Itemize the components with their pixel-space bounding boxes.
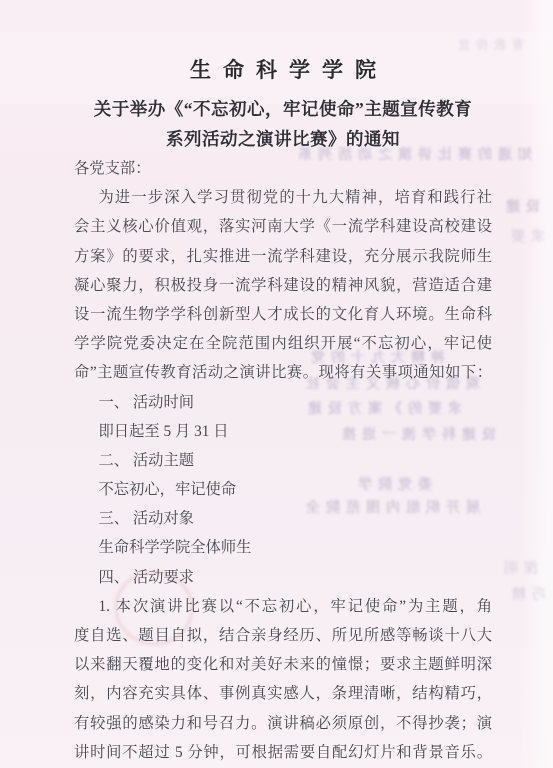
scanned-notice-page: 育教传宣 知通的赛比讲演之动活列系 设建 求要 神精大九十的党 观值价心核义主会… bbox=[0, 0, 553, 768]
bleedthrough-text: 求要 bbox=[505, 226, 545, 246]
body-line: 刻，内容充实具体、事例真实感人，条理清晰，结构精巧， bbox=[74, 679, 492, 708]
body-line: 度自选、题目自拟，结合亲身经历、所见所感等畅谈十八大 bbox=[74, 621, 492, 650]
section-heading: 二、 活动主题 bbox=[74, 446, 492, 475]
section-heading: 四、 活动要求 bbox=[74, 563, 492, 592]
body-line: 学学院党委决定在全院范围内组织开展“不忘初心，牢记使 bbox=[74, 329, 492, 358]
body-line: 命”主题宣传教育活动之演讲比赛。现将有关事项通知如下： bbox=[74, 358, 492, 387]
body-line: 有较强的感染力和号召力。演讲稿必须原创，不得抄袭；演 bbox=[74, 709, 492, 738]
body-line: 即日起至 5 月 31 日 bbox=[74, 417, 492, 446]
document-title: 生命科学学院 bbox=[74, 55, 492, 85]
bleedthrough-text: 设建 bbox=[500, 196, 540, 216]
body-line: 设一流生物学学科创新型人才成长的文化育人环境。生命科 bbox=[74, 300, 492, 329]
document-subtitle-line-1: 关于举办《“不忘初心，牢记使命”主题宣传教育 bbox=[74, 94, 492, 124]
body-line: 方案》的要求，扎实推进一流学科建设，充分展示我院师生 bbox=[74, 242, 492, 271]
bleedthrough-text: 深明 bbox=[498, 558, 538, 578]
bleedthrough-text: 巧精 bbox=[506, 584, 546, 604]
body-line: 生命科学学院全体师生 bbox=[74, 533, 492, 562]
document-subtitle-line-2: 系列活动之演讲比赛》的通知 bbox=[74, 124, 492, 154]
body-line: 为进一步深入学习贯彻党的十九大精神，培育和践行社 bbox=[74, 183, 492, 212]
document-subtitle: 关于举办《“不忘初心，牢记使命”主题宣传教育 系列活动之演讲比赛》的通知 bbox=[74, 94, 492, 154]
salutation: 各党支部： bbox=[74, 154, 492, 183]
body-line: 会主义核心价值观，落实河南大学《一流学科建设高校建设 bbox=[74, 212, 492, 241]
document-content: 生命科学学院 关于举办《“不忘初心，牢记使命”主题宣传教育 系列活动之演讲比赛》… bbox=[74, 0, 492, 767]
section-heading: 一、 活动时间 bbox=[74, 388, 492, 417]
body-line: 不忘初心，牢记使命 bbox=[74, 475, 492, 504]
section-heading: 三、 活动对象 bbox=[74, 504, 492, 533]
body-line: 凝心聚力，积极投身一流学科建设的精神风貌，营造适合建 bbox=[74, 271, 492, 300]
body-line: 1. 本次演讲比赛以“不忘初心，牢记使命”为主题，角 bbox=[74, 592, 492, 621]
body-line: 讲时间不超过 5 分钟，可根据需要自配幻灯片和背景音乐。 bbox=[74, 738, 492, 767]
document-body: 各党支部： 为进一步深入学习贯彻党的十九大精神，培育和践行社 会主义核心价值观，… bbox=[74, 154, 492, 767]
body-line: 以来翻天覆地的变化和对美好未来的憧憬；要求主题鲜明深 bbox=[74, 650, 492, 679]
